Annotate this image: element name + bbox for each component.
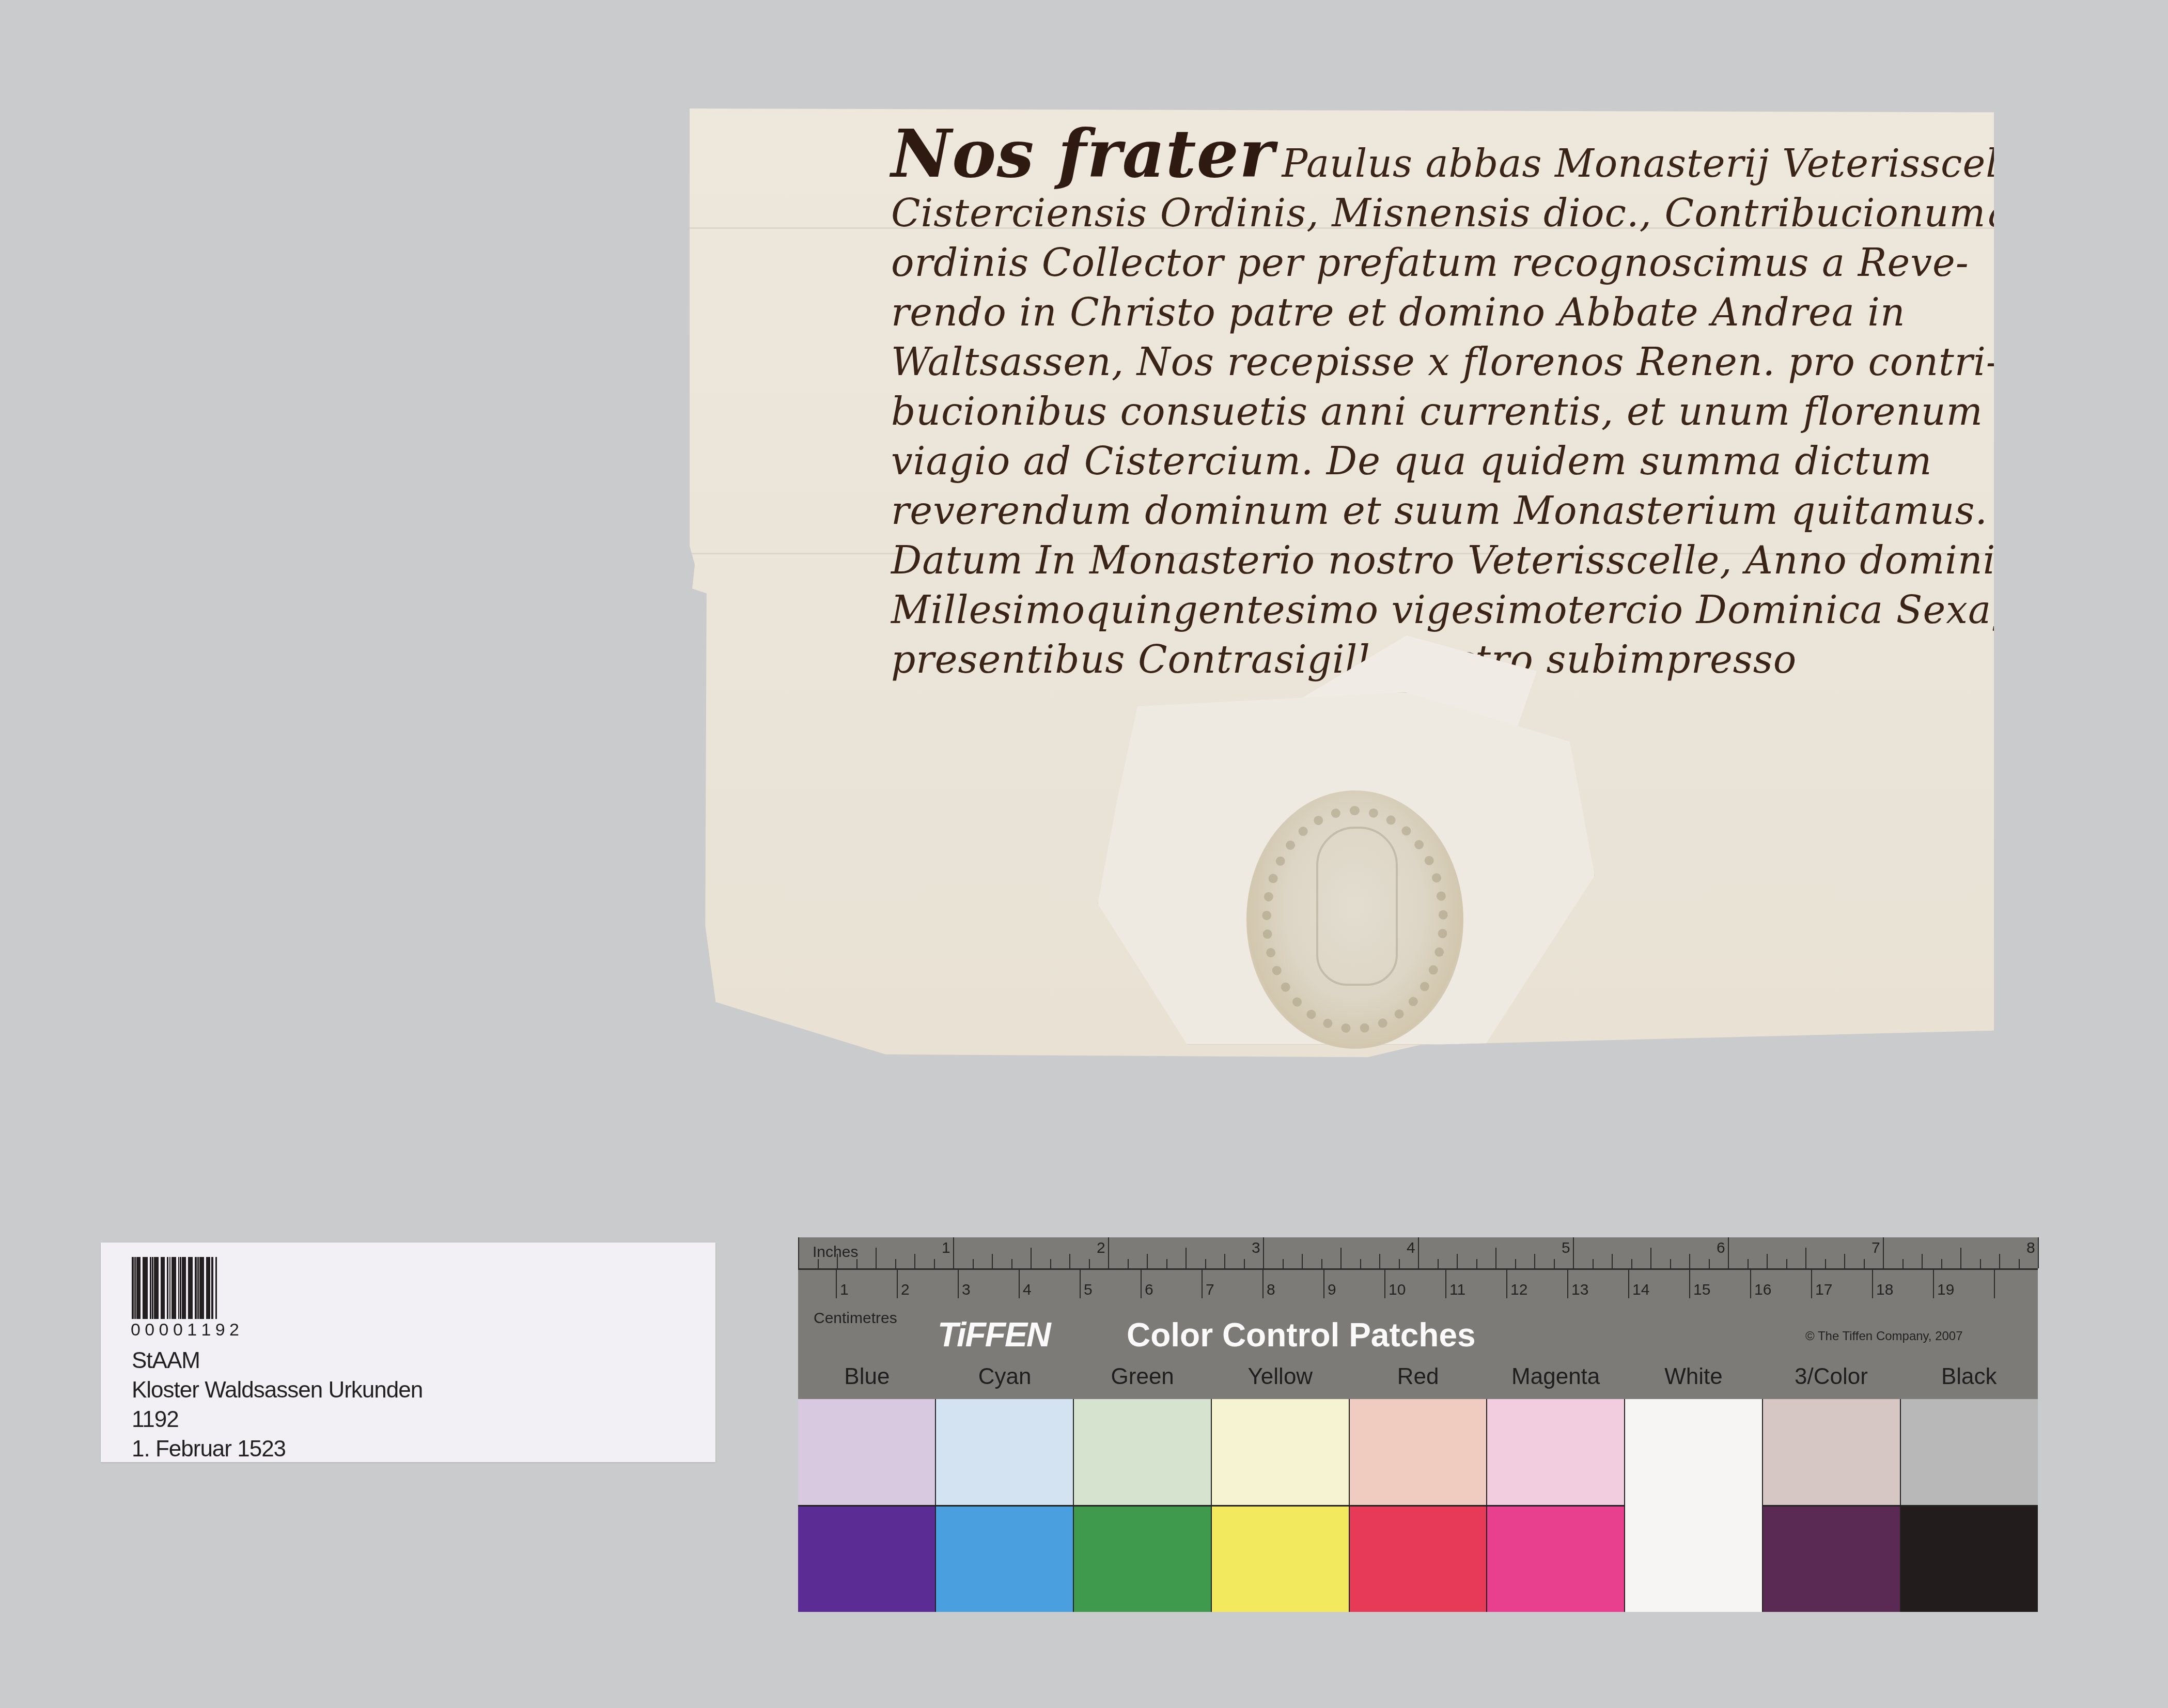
patch-light — [936, 1399, 1073, 1507]
text-line: Cisterciensis Ordinis, Misnensis dioc., … — [891, 189, 1966, 238]
inch-tick — [934, 1259, 935, 1268]
cm-tick-label: 12 — [1510, 1281, 1527, 1299]
wax-seal — [1246, 790, 1463, 1049]
barcode-icon — [132, 1257, 238, 1319]
inch-tick — [1805, 1248, 1806, 1268]
color-control-chart: Inches 12345678 123456789101112131415161… — [798, 1237, 2038, 1612]
cm-tick — [958, 1270, 959, 1298]
inch-tick — [1728, 1237, 1729, 1268]
patch-dark — [1350, 1507, 1487, 1612]
patch-light — [1901, 1399, 2038, 1507]
inch-tick-label: 6 — [1717, 1239, 1725, 1257]
patch-column-green — [1074, 1399, 1212, 1612]
inch-tick — [973, 1259, 974, 1268]
cm-tick-label: 17 — [1815, 1281, 1832, 1299]
centimetres-label: Centimetres — [814, 1310, 897, 1327]
cm-tick — [897, 1270, 898, 1298]
cm-tick — [1811, 1270, 1812, 1298]
inch-ruler: Inches 12345678 — [798, 1237, 2038, 1270]
inch-tick — [1495, 1248, 1496, 1268]
inch-tick-label: 3 — [1252, 1239, 1260, 1257]
inch-tick — [1128, 1259, 1129, 1268]
inch-tick — [1631, 1259, 1632, 1268]
cm-tick-label: 6 — [1145, 1281, 1153, 1299]
inch-tick — [1438, 1259, 1439, 1268]
inch-tick — [1244, 1259, 1245, 1268]
cm-tick — [1689, 1270, 1690, 1298]
cm-tick-label: 19 — [1937, 1281, 1954, 1299]
barcode-digit: 0 — [159, 1320, 169, 1340]
inch-tick — [1089, 1259, 1090, 1268]
inch-tick — [1321, 1259, 1322, 1268]
cm-tick — [1567, 1270, 1568, 1298]
cm-tick — [1141, 1270, 1142, 1298]
text-line-1: Nos fraterPaulus abbas Monasterij Veteri… — [891, 129, 1966, 189]
inch-tick — [1050, 1259, 1051, 1268]
text-line: viagio ad Cistercium. De qua quidem summ… — [891, 437, 1966, 486]
inch-tick — [837, 1254, 838, 1268]
barcode-digit: 9 — [215, 1320, 225, 1340]
cm-tick-label: 1 — [840, 1281, 849, 1299]
cm-tick-label: 11 — [1449, 1281, 1465, 1299]
patch-dark — [798, 1507, 935, 1612]
patch-light — [1350, 1399, 1487, 1507]
cm-tick — [1019, 1270, 1020, 1298]
inch-tick — [1767, 1254, 1768, 1268]
inch-tick — [1515, 1259, 1516, 1268]
inch-tick — [1263, 1237, 1264, 1268]
inch-tick — [1360, 1259, 1361, 1268]
patch-dark — [1763, 1507, 1900, 1612]
patch-label-red: Red — [1349, 1364, 1487, 1390]
cm-tick — [1872, 1270, 1873, 1298]
inch-tick — [1147, 1254, 1148, 1268]
barcode-digit: 0 — [145, 1320, 154, 1340]
patch-label-black: Black — [1900, 1364, 2038, 1390]
inch-tick — [1476, 1259, 1477, 1268]
label-text: StAAM Kloster Waldsassen Urkunden 1192 1… — [132, 1346, 423, 1464]
inch-tick — [992, 1254, 993, 1268]
text-line: ordinis Collector per prefatum recognosc… — [891, 238, 1966, 288]
patch-light — [798, 1399, 935, 1507]
text-line: Datum In Monasterio nostro Veterisscelle… — [891, 536, 1966, 585]
inch-tick — [1980, 1259, 1981, 1268]
patch-light — [1212, 1399, 1349, 1507]
handwritten-text: Nos fraterPaulus abbas Monasterij Veteri… — [891, 129, 1966, 685]
cm-tick — [1933, 1270, 1934, 1298]
barcode-digit: 0 — [131, 1320, 141, 1340]
copyright-text: © The Tiffen Company, 2007 — [1805, 1329, 1963, 1344]
inch-tick — [1902, 1259, 1904, 1268]
patch-light — [1074, 1399, 1211, 1507]
inches-label: Inches — [813, 1244, 858, 1261]
inch-tick — [1864, 1259, 1865, 1268]
cm-tick — [1628, 1270, 1629, 1298]
inch-tick — [1554, 1259, 1555, 1268]
cm-tick — [1506, 1270, 1507, 1298]
patch-dark — [1901, 1507, 2038, 1612]
cm-tick-label: 5 — [1084, 1281, 1093, 1299]
patch-labels: BlueCyanGreenYellowRedMagentaWhite3/Colo… — [798, 1364, 2038, 1390]
patch-column-magenta — [1487, 1399, 1625, 1612]
text-line: Millesimoquingentesimo vigesimotercio Do… — [891, 585, 1966, 635]
inch-tick — [1224, 1254, 1225, 1268]
patch-dark — [1074, 1507, 1211, 1612]
cm-tick-label: 9 — [1328, 1281, 1336, 1299]
patch-column-black — [1901, 1399, 2038, 1612]
barcode-number: 00001192 — [131, 1320, 239, 1340]
patch-dark — [1212, 1507, 1349, 1612]
inch-tick-label: 5 — [1562, 1239, 1570, 1257]
patch-label-cyan: Cyan — [936, 1364, 1074, 1390]
inch-tick — [1670, 1259, 1671, 1268]
patch-label-white: White — [1625, 1364, 1763, 1390]
inch-tick — [1748, 1259, 1749, 1268]
inch-tick — [1960, 1248, 1961, 1268]
cm-tick — [1080, 1270, 1081, 1298]
inch-tick — [798, 1237, 799, 1268]
inch-tick-label: 4 — [1407, 1239, 1415, 1257]
inch-tick — [1689, 1254, 1690, 1268]
patch-label-3-color: 3/Color — [1763, 1364, 1900, 1390]
cm-tick-label: 16 — [1754, 1281, 1771, 1299]
barcode-digit: 1 — [201, 1320, 211, 1340]
cm-tick-label: 7 — [1206, 1281, 1214, 1299]
inch-tick — [1011, 1259, 1012, 1268]
item-date: 1. Februar 1523 — [132, 1434, 423, 1464]
seal-figure-icon — [1316, 827, 1398, 986]
charter-document: Nos fraterPaulus abbas Monasterij Veteri… — [690, 108, 1994, 1059]
cm-tick-label: 8 — [1267, 1281, 1275, 1299]
cm-tick — [1202, 1270, 1203, 1298]
inch-tick — [1573, 1237, 1574, 1268]
text-line: reverendum dominum et suum Monasterium q… — [891, 486, 1966, 536]
inch-tick — [2038, 1237, 2039, 1268]
inch-tick — [1166, 1259, 1167, 1268]
cm-tick — [836, 1270, 837, 1298]
incipit: Nos frater — [891, 115, 1274, 193]
color-patches — [798, 1399, 2038, 1612]
cm-tick — [1384, 1270, 1385, 1298]
inch-tick — [1186, 1248, 1187, 1268]
inch-tick — [1593, 1259, 1594, 1268]
inch-tick — [876, 1248, 877, 1268]
archive-name: StAAM — [132, 1346, 423, 1375]
barcode-digit: 0 — [173, 1320, 183, 1340]
inch-tick — [1108, 1237, 1109, 1268]
inch-tick — [1825, 1259, 1826, 1268]
barcode-digit: 1 — [187, 1320, 197, 1340]
patch-column-white — [1625, 1399, 1763, 1612]
inch-tick — [2019, 1259, 2020, 1268]
cm-tick-label: 13 — [1571, 1281, 1588, 1299]
patch-dark — [1625, 1505, 1762, 1612]
barcode-digit: 2 — [229, 1320, 239, 1340]
patch-label-green: Green — [1073, 1364, 1211, 1390]
inch-tick — [1922, 1254, 1923, 1268]
item-number: 1192 — [132, 1405, 423, 1434]
inch-tick — [1031, 1248, 1032, 1268]
inch-tick — [1534, 1254, 1535, 1268]
text-line: bucionibus consuetis anni currentis, et … — [891, 387, 1966, 437]
patch-column-blue — [798, 1399, 936, 1612]
inch-tick — [1786, 1259, 1787, 1268]
patch-light — [1763, 1399, 1900, 1507]
patch-column-yellow — [1212, 1399, 1350, 1612]
patch-dark — [1487, 1507, 1624, 1612]
cm-tick-label: 15 — [1693, 1281, 1710, 1299]
collection-name: Kloster Waldsassen Urkunden — [132, 1375, 423, 1405]
inch-tick — [914, 1254, 915, 1268]
centimetre-ruler: 12345678910111213141516171819 — [798, 1270, 2038, 1301]
inch-tick — [1883, 1237, 1884, 1268]
inch-tick — [1709, 1259, 1710, 1268]
patch-column-cyan — [936, 1399, 1074, 1612]
patch-label-blue: Blue — [798, 1364, 936, 1390]
patch-column-3-color — [1763, 1399, 1901, 1612]
cm-tick — [1262, 1270, 1264, 1298]
inch-tick — [1612, 1254, 1613, 1268]
cm-tick — [1750, 1270, 1751, 1298]
patch-light — [1625, 1399, 1762, 1505]
patch-label-yellow: Yellow — [1211, 1364, 1349, 1390]
inch-tick-label: 7 — [1871, 1239, 1880, 1257]
patch-column-red — [1350, 1399, 1488, 1612]
inch-tick — [1457, 1254, 1458, 1268]
inch-tick-label: 1 — [942, 1239, 950, 1257]
cm-tick-label: 14 — [1632, 1281, 1649, 1299]
archive-label: 00001192 StAAM Kloster Waldsassen Urkund… — [101, 1243, 715, 1462]
inch-tick — [953, 1237, 954, 1268]
inch-tick — [1302, 1254, 1303, 1268]
inch-tick — [1069, 1254, 1070, 1268]
inch-tick — [1418, 1237, 1419, 1268]
patch-label-magenta: Magenta — [1487, 1364, 1625, 1390]
cm-tick — [1323, 1270, 1324, 1298]
cm-tick-label: 18 — [1876, 1281, 1893, 1299]
text-line: rendo in Christo patre et domino Abbate … — [891, 288, 1966, 337]
cm-tick-label: 4 — [1023, 1281, 1032, 1299]
cm-tick-label: 3 — [962, 1281, 971, 1299]
tiffen-logo: TiFFEN — [938, 1315, 1050, 1354]
inch-tick-label: 8 — [2026, 1239, 2035, 1257]
patch-dark — [936, 1507, 1073, 1612]
inch-tick — [1379, 1254, 1380, 1268]
cm-tick-label: 10 — [1389, 1281, 1406, 1299]
patch-light — [1487, 1399, 1624, 1507]
inch-tick — [1999, 1254, 2000, 1268]
inch-tick — [1650, 1248, 1651, 1268]
inch-tick — [856, 1259, 857, 1268]
inch-tick — [1283, 1259, 1284, 1268]
chart-header: Inches 12345678 123456789101112131415161… — [798, 1237, 2038, 1399]
inch-tick — [1941, 1259, 1942, 1268]
cm-tick — [1445, 1270, 1446, 1298]
inch-tick — [1399, 1259, 1400, 1268]
inch-tick — [1844, 1254, 1845, 1268]
chart-title: Color Control Patches — [1127, 1316, 1476, 1354]
cm-tick-label: 2 — [901, 1281, 910, 1299]
text-line: Waltsassen, Nos recepisse x florenos Ren… — [891, 337, 1966, 387]
inch-tick — [895, 1259, 896, 1268]
inch-tick-label: 2 — [1097, 1239, 1105, 1257]
inch-tick — [818, 1259, 819, 1268]
inch-tick — [1205, 1259, 1206, 1268]
inch-tick — [1340, 1248, 1342, 1268]
